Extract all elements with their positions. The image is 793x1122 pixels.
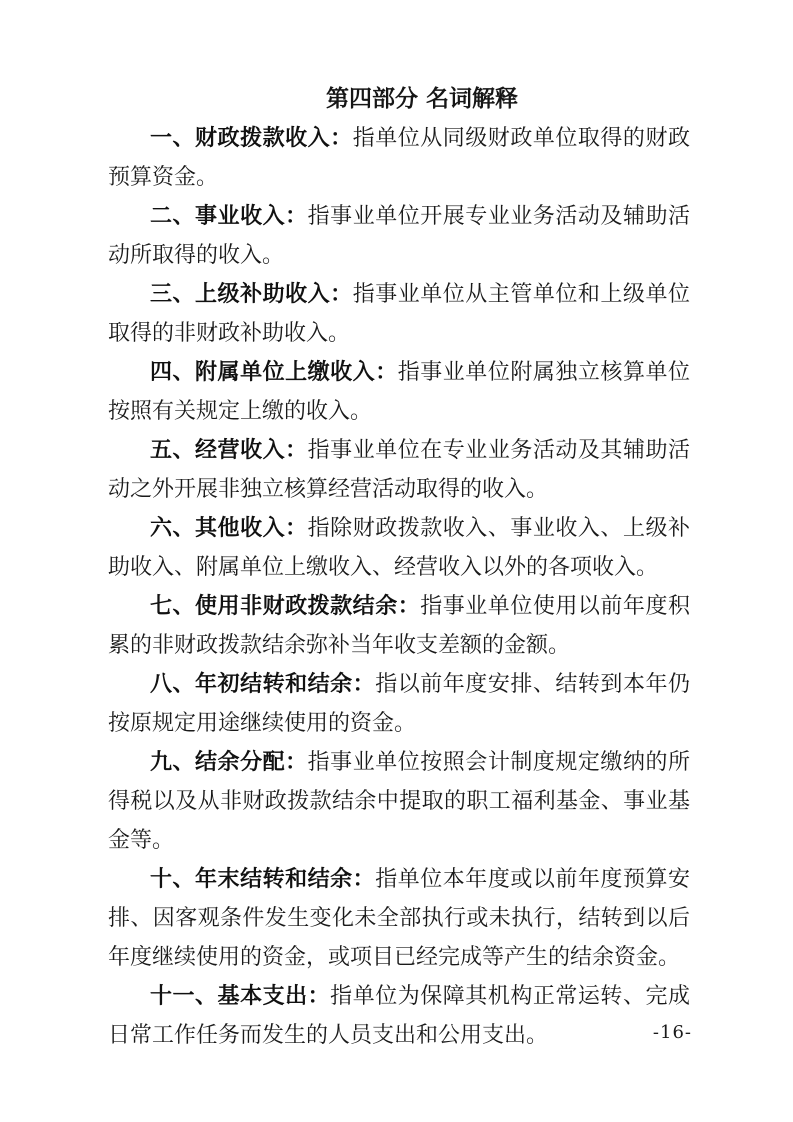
term-label: 三、上级补助收入： [150,282,353,307]
term-label: 八、年初结转和结余： [150,672,375,697]
term-label: 一、财政拨款收入： [150,126,353,151]
term-paragraph-5: 五、经营收入：指事业单位在专业业务活动及其辅助活动之外开展非独立核算经营活动取得… [108,431,690,509]
term-paragraph-9: 九、结余分配：指事业单位按照会计制度规定缴纳的所得税以及从非财政拨款结余中提取的… [108,743,690,860]
page-number: -16- [653,1022,692,1044]
term-paragraph-6: 六、其他收入：指除财政拨款收入、事业收入、上级补助收入、附属单位上缴收入、经营收… [108,509,690,587]
term-paragraph-10: 十、年末结转和结余：指单位本年度或以前年度预算安排、因客观条件发生变化未全部执行… [108,860,690,977]
term-label: 十一、基本支出： [150,984,330,1009]
term-paragraph-11: 十一、基本支出：指单位为保障其机构正常运转、完成日常工作任务而发生的人员支出和公… [108,977,690,1055]
term-paragraph-8: 八、年初结转和结余：指以前年度安排、结转到本年仍按原规定用途继续使用的资金。 [108,665,690,743]
document-page: 第四部分 名词解释 一、财政拨款收入：指单位从同级财政单位取得的财政预算资金。 … [0,0,793,1122]
term-label: 二、事业收入： [150,204,308,229]
term-label: 六、其他收入： [150,516,308,541]
term-label: 九、结余分配： [150,750,308,775]
page-title: 第四部分 名词解释 [131,80,713,119]
term-paragraph-7: 七、使用非财政拨款结余：指事业单位使用以前年度积累的非财政拨款结余弥补当年收支差… [108,587,690,665]
term-paragraph-3: 三、上级补助收入：指事业单位从主管单位和上级单位取得的非财政补助收入。 [108,275,690,353]
term-label: 七、使用非财政拨款结余： [150,594,420,619]
term-label: 五、经营收入： [150,438,308,463]
term-paragraph-2: 二、事业收入：指事业单位开展专业业务活动及辅助活动所取得的收入。 [108,197,690,275]
term-paragraph-1: 一、财政拨款收入：指单位从同级财政单位取得的财政预算资金。 [108,119,690,197]
term-label: 四、附属单位上缴收入： [150,360,398,385]
term-label: 十、年末结转和结余： [150,867,375,892]
document-content: 第四部分 名词解释 一、财政拨款收入：指单位从同级财政单位取得的财政预算资金。 … [108,80,690,1055]
term-paragraph-4: 四、附属单位上缴收入：指事业单位附属独立核算单位按照有关规定上缴的收入。 [108,353,690,431]
